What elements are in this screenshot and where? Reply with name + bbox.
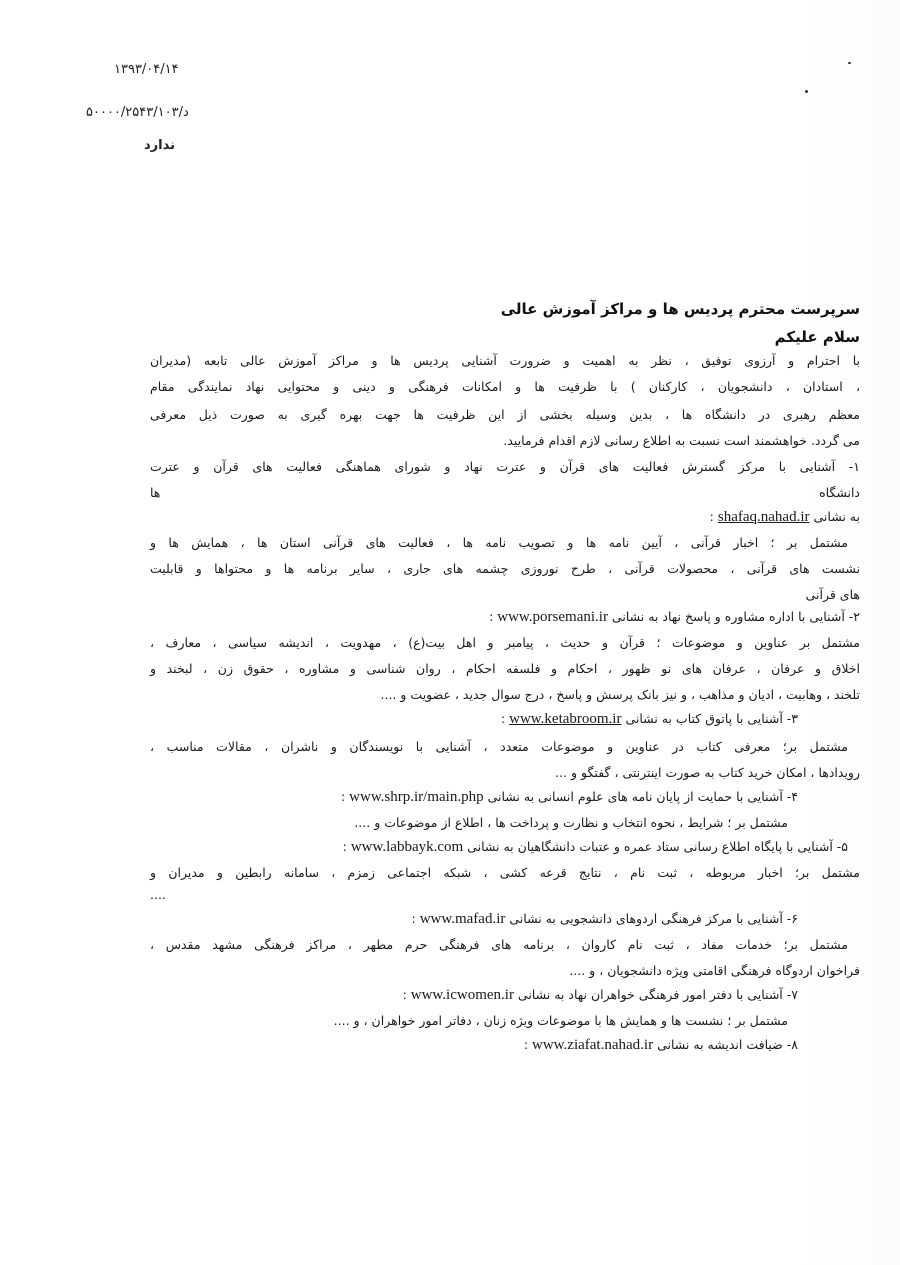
item-6-desc: فراخوان اردوگاه فرهنگی اقامتی ویژه دانشج… bbox=[569, 962, 860, 980]
item-3-title: ۳- آشنایی با پاتوق کتاب به نشانی www.ket… bbox=[501, 710, 798, 728]
item-2-desc: اخلاق و عرفان ، عرفان های نو ظهور ، احکا… bbox=[150, 660, 860, 678]
item-7-desc: مشتمل بر ؛ نشست ها و همایش ها با موضوعات… bbox=[334, 1012, 788, 1030]
item-5-label: ۵- آشنایی با پایگاه اطلاع رسانی ستاد عمر… bbox=[467, 839, 848, 854]
address-suffix: : bbox=[710, 509, 714, 524]
item-3-label: ۳- آشنایی با پاتوق کتاب به نشانی bbox=[625, 711, 798, 726]
link-mafad[interactable]: www.mafad.ir bbox=[420, 911, 506, 927]
item-8-label: ۸- ضیافت اندیشه به نشانی bbox=[657, 1037, 798, 1052]
letter-body: سرپرست محترم پردیس ها و مراکز آموزش عالی… bbox=[150, 0, 860, 1265]
address-suffix: : bbox=[489, 609, 493, 624]
letter-page: ۱۳۹۳/۰۴/۱۴ د/۵۰۰۰۰/۲۵۴۳/۱۰۳ ندارد سرپرست… bbox=[0, 0, 900, 1265]
link-icwomen[interactable]: www.icwomen.ir bbox=[411, 987, 514, 1003]
recipient-title: سرپرست محترم پردیس ها و مراکز آموزش عالی bbox=[501, 300, 860, 318]
item-1-title-cont: ها bbox=[150, 484, 160, 502]
item-5-title: ۵- آشنایی با پایگاه اطلاع رسانی ستاد عمر… bbox=[343, 838, 848, 856]
intro-line: با احترام و آرزوی توفیق ، نظر به اهمیت و… bbox=[150, 352, 860, 370]
intro-line: می گردد. خواهشمند است نسبت به اطلاع رسان… bbox=[503, 432, 860, 450]
link-labbayk[interactable]: www.labbayk.com bbox=[351, 839, 463, 855]
address-prefix: به نشانی bbox=[814, 509, 861, 524]
item-6-desc: مشتمل بر؛ خدمات مفاد ، ثبت نام کاروان ، … bbox=[150, 936, 848, 954]
item-4-label: ۴- آشنایی با حمایت از پایان نامه های علو… bbox=[488, 789, 798, 804]
item-3-desc: مشتمل بر؛ معرفی کتاب در عناوین و موضوعات… bbox=[150, 738, 848, 756]
item-1-address: به نشانی shafaq.nahad.ir : bbox=[710, 508, 860, 526]
item-2-label: ۲- آشنایی با اداره مشاوره و پاسخ نهاد به… bbox=[612, 609, 860, 624]
item-6-title: ۶- آشنایی با مرکز فرهنگی اردوهای دانشجوی… bbox=[412, 910, 799, 928]
address-suffix: : bbox=[341, 789, 345, 804]
address-suffix: : bbox=[403, 987, 407, 1002]
link-shafaq[interactable]: shafaq.nahad.ir bbox=[718, 509, 810, 525]
link-ketabroom[interactable]: www.ketabroom.ir bbox=[509, 711, 621, 727]
address-suffix: : bbox=[524, 1037, 528, 1052]
intro-line: ، استادان ، دانشجویان ، کارکنان ) با ظرف… bbox=[150, 378, 860, 396]
greeting: سلام علیکم bbox=[775, 328, 860, 346]
item-2-desc: تلخند ، وهابیت ، ادیان و مذاهب ، و نیز ب… bbox=[381, 686, 860, 704]
item-2-title: ۲- آشنایی با اداره مشاوره و پاسخ نهاد به… bbox=[489, 608, 860, 626]
item-1-desc: های قرآنی bbox=[806, 586, 860, 604]
address-suffix: : bbox=[412, 911, 416, 926]
item-2-desc: مشتمل بر عناوین و موضوعات ؛ قرآن و حدیث … bbox=[150, 634, 860, 652]
item-1-desc: نشست های قرآنی ، محصولات قرآنی ، طرح نور… bbox=[150, 560, 860, 578]
item-3-desc: رویدادها ، امکان خرید کتاب به صورت اینتر… bbox=[555, 764, 860, 782]
link-porsemani[interactable]: www.porsemani.ir bbox=[497, 609, 608, 625]
link-ziafat[interactable]: www.ziafat.nahad.ir bbox=[532, 1037, 653, 1053]
item-4-desc: مشتمل بر ؛ شرایط ، نحوه انتخاب و نظارت و… bbox=[354, 814, 788, 832]
address-suffix: : bbox=[343, 839, 347, 854]
item-7-label: ۷- آشنایی با دفتر امور فرهنگی خواهران نه… bbox=[518, 987, 798, 1002]
intro-line: معظم رهبری در دانشگاه ها ، بدین وسیله بخ… bbox=[150, 406, 860, 424]
item-4-title: ۴- آشنایی با حمایت از پایان نامه های علو… bbox=[341, 788, 798, 806]
item-5-desc: مشتمل بر؛ اخبار مربوطه ، ثبت نام ، نتایج… bbox=[150, 864, 860, 882]
address-suffix: : bbox=[501, 711, 505, 726]
item-1-desc: مشتمل بر ؛ اخبار قرآنی ، آیین نامه ها و … bbox=[150, 534, 848, 552]
item-1-title-cont: دانشگاه bbox=[819, 484, 860, 502]
item-5-desc: .... bbox=[150, 886, 166, 904]
item-1-title: ۱- آشنایی با مرکز گسترش فعالیت های قرآن … bbox=[150, 458, 860, 476]
item-7-title: ۷- آشنایی با دفتر امور فرهنگی خواهران نه… bbox=[403, 986, 798, 1004]
item-8-title: ۸- ضیافت اندیشه به نشانی www.ziafat.naha… bbox=[524, 1036, 798, 1054]
link-shrp[interactable]: www.shrp.ir/main.php bbox=[349, 789, 483, 805]
item-6-label: ۶- آشنایی با مرکز فرهنگی اردوهای دانشجوی… bbox=[509, 911, 798, 926]
